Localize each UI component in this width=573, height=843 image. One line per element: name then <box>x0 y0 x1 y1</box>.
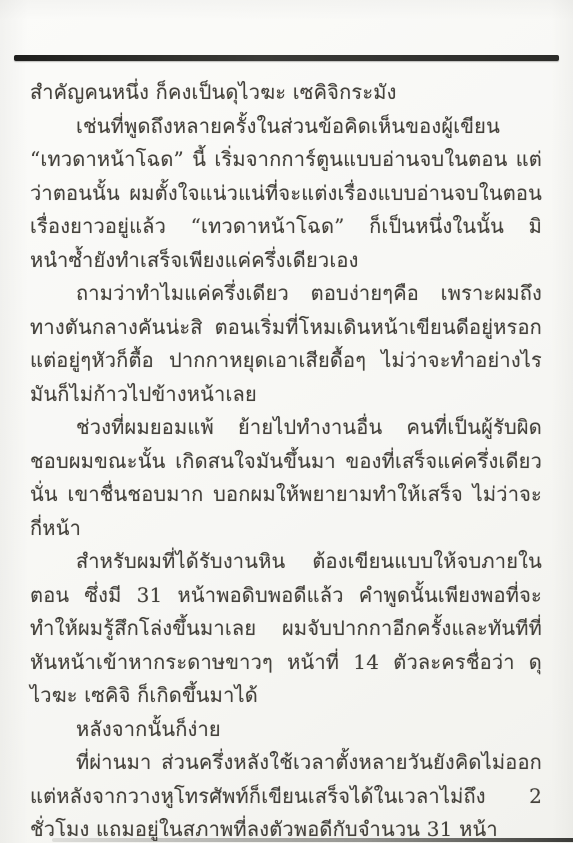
bottom-rule <box>52 838 573 842</box>
paragraph: หลังจากนั้นก็ง่าย <box>30 713 542 747</box>
book-page: สำคัญคนหนึ่ง ก็คงเป็นดุไวฆะ เซคิจิกระมัง… <box>0 0 573 843</box>
paragraph: สำคัญคนหนึ่ง ก็คงเป็นดุไวฆะ เซคิจิกระมัง <box>30 76 542 110</box>
paragraph: ถามว่าทำไมแค่ครึ่งเดียว ตอบง่ายๆคือ เพรา… <box>30 277 542 411</box>
paragraph: เช่นที่พูดถึงหลายครั้งในส่วนข้อคิดเห็นขอ… <box>30 110 542 278</box>
paragraph: ช่วงที่ผมยอมแพ้ ย้ายไปทำงานอื่น คนที่เป็… <box>30 411 542 545</box>
paragraph: ที่ผ่านมา ส่วนครึ่งหลังใช้เวลาตั้งหลายวั… <box>30 746 542 843</box>
top-rule <box>14 55 559 61</box>
paragraph: สำหรับผมที่ได้รับงานหิน ต้องเขียนแบบให้จ… <box>30 545 542 713</box>
text-block: สำคัญคนหนึ่ง ก็คงเป็นดุไวฆะ เซคิจิกระมัง… <box>30 76 542 843</box>
